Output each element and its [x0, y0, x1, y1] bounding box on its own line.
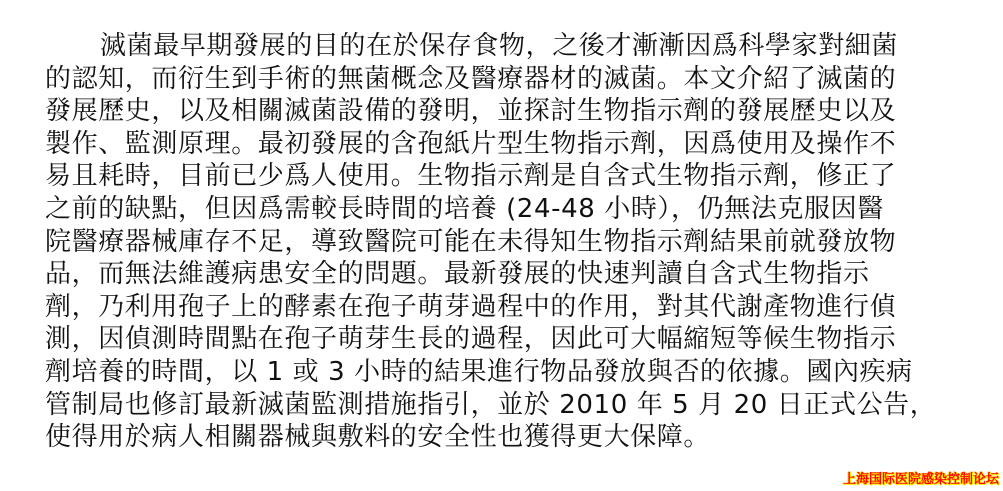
- text-line: 發展歷史，以及相關滅菌設備的發明，並探討生物指示劑的發展歷史以及: [45, 95, 955, 128]
- text-line: 品，而無法維護病患安全的問題。最新發展的快速判讀自含式生物指示: [45, 258, 955, 291]
- text-line: 易且耗時，目前已少爲人使用。生物指示劑是自含式生物指示劑，修正了: [45, 160, 955, 193]
- text-line: 測，因偵測時間點在孢子萌芽生長的過程，因此可大幅縮短等候生物指示: [45, 323, 955, 356]
- text-line: 管制局也修訂最新滅菌監測措施指引，並於 2010 年 5 月 20 日正式公告，: [45, 389, 955, 422]
- text-line: 院醫療器械庫存不足，導致醫院可能在未得知生物指示劑結果前就發放物: [45, 226, 955, 259]
- text-line: 使得用於病人相關器械與敷料的安全性也獲得更大保障。: [45, 421, 955, 454]
- text-line: 劑，乃利用孢子上的酵素在孢子萌芽過程中的作用，對其代謝產物進行偵: [45, 291, 955, 324]
- text-line: 劑培養的時間，以 1 或 3 小時的結果進行物品發放與否的依據。國內疾病: [45, 356, 955, 389]
- text-line: 製作、監測原理。最初發展的含孢紙片型生物指示劑，因爲使用及操作不: [45, 128, 955, 161]
- text-line: 的認知，而衍生到手術的無菌概念及醫療器材的滅菌。本文介紹了滅菌的: [45, 63, 955, 96]
- watermark: 上海国际医院感染控制论坛: [843, 468, 999, 487]
- text-line: 之前的缺點，但因爲需較長時間的培養 (24-48 小時），仍無法克服因醫: [45, 193, 955, 226]
- text-line: 滅菌最早期發展的目的在於保存食物，之後才漸漸因爲科學家對細菌: [45, 30, 955, 63]
- document-body: 滅菌最早期發展的目的在於保存食物，之後才漸漸因爲科學家對細菌 的認知，而衍生到手…: [45, 30, 955, 454]
